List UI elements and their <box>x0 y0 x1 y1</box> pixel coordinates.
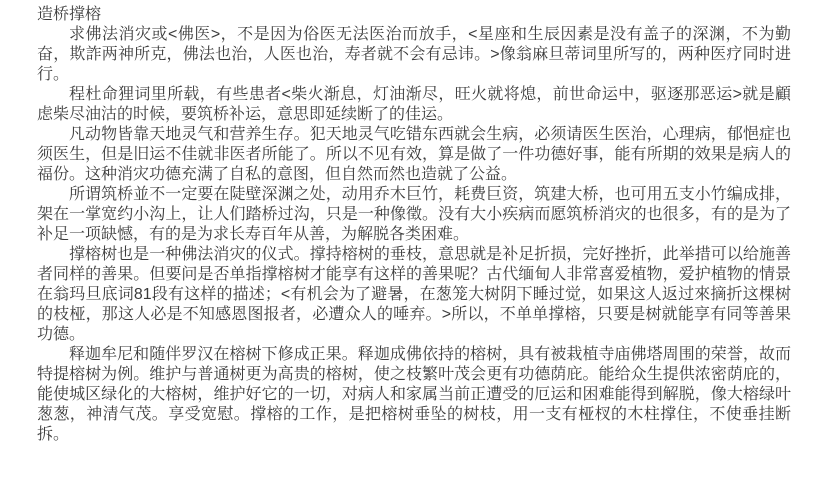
paragraph: 释迦牟尼和随伴罗汉在榕树下修成正果。释迦成佛依持的榕树，具有被栽植寺庙佛塔周围的… <box>37 345 791 445</box>
paragraph: 撑榕树也是一种佛法消灾的仪式。撑持榕树的垂枝，意思就是补足折损，完好挫折，此举措… <box>37 245 791 345</box>
page-title: 造桥撑榕 <box>37 5 791 25</box>
document-page: 造桥撑榕 求佛法消灾或<佛医>，不是因为俗医无法医治而放手，<星座和生辰因素是没… <box>0 0 826 486</box>
paragraph: 求佛法消灾或<佛医>，不是因为俗医无法医治而放手，<星座和生辰因素是没有盖子的深… <box>37 25 791 85</box>
paragraph: 程杜命狸词里所载，有些患者<柴火渐息，灯油渐尽，旺火就将熄，前世命运中，驱逐那恶… <box>37 85 791 125</box>
paragraph: 所谓筑桥並不一定要在陡壁深渊之处，动用乔木巨竹，耗费巨资，筑建大桥，也可用五支小… <box>37 185 791 245</box>
paragraph: 凡动物皆靠天地灵气和营养生存。犯天地灵气吃错东西就会生病，必须请医生医治，心理病… <box>37 125 791 185</box>
